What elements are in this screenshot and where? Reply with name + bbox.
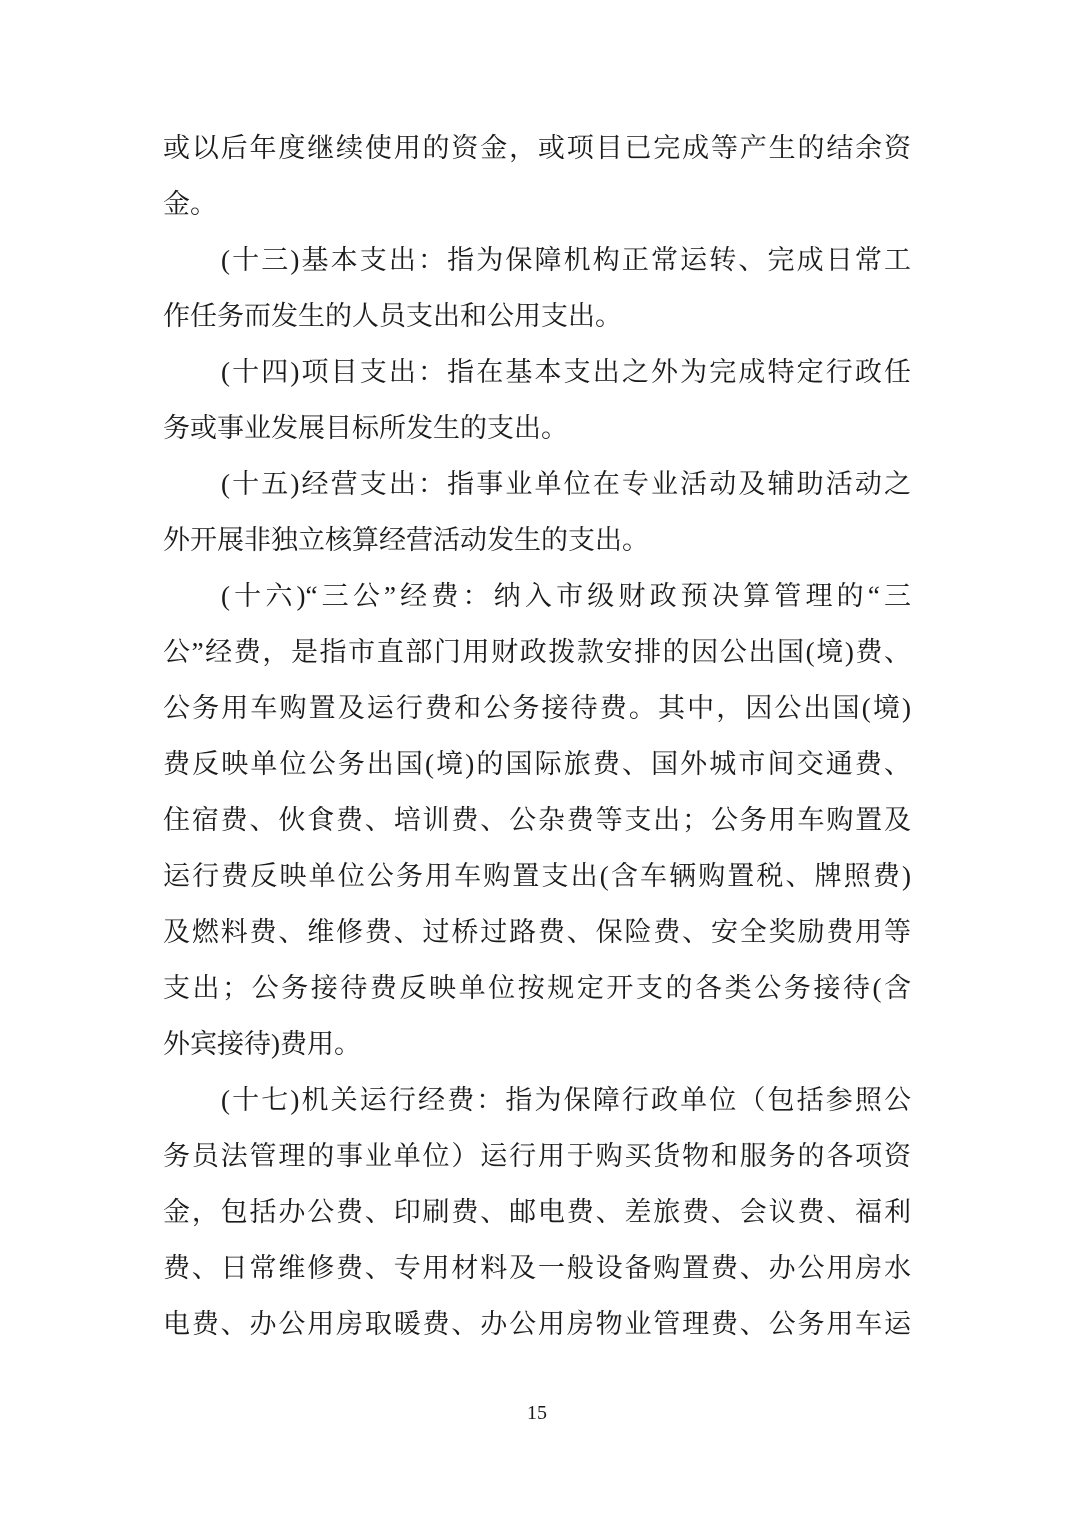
text-line: (十七)机关运行经费：指为保障行政单位（包括参照公 — [163, 1072, 911, 1128]
text-line: 或以后年度继续使用的资金，或项目已完成等产生的结余资 — [163, 120, 911, 176]
text-line: 务员法管理的事业单位）运行用于购买货物和服务的各项资 — [163, 1128, 911, 1184]
text-line: 外开展非独立核算经营活动发生的支出。 — [163, 512, 911, 568]
text-line: (十五)经营支出：指事业单位在专业活动及辅助活动之 — [163, 456, 911, 512]
text-line: 及燃料费、维修费、过桥过路费、保险费、安全奖励费用等 — [163, 904, 911, 960]
text-line: 运行费反映单位公务用车购置支出(含车辆购置税、牌照费) — [163, 848, 911, 904]
text-line: 外宾接待)费用。 — [163, 1016, 911, 1072]
text-block: 或以后年度继续使用的资金，或项目已完成等产生的结余资金。(十三)基本支出：指为保… — [163, 120, 911, 1352]
para-14-project-expenditure: (十四)项目支出：指在基本支出之外为完成特定行政任务或事业发展目标所发生的支出。 — [163, 344, 911, 456]
text-line: 支出；公务接待费反映单位按规定开支的各类公务接待(含 — [163, 960, 911, 1016]
text-line: 金，包括办公费、印刷费、邮电费、差旅费、会议费、福利 — [163, 1184, 911, 1240]
text-line: 作任务而发生的人员支出和公用支出。 — [163, 288, 911, 344]
para-carryover-surplus-funds: 或以后年度继续使用的资金，或项目已完成等产生的结余资金。 — [163, 120, 911, 232]
text-line: 费、日常维修费、专用材料及一般设备购置费、办公用房水 — [163, 1240, 911, 1296]
para-16-three-public-funds: (十六)“三公”经费：纳入市级财政预决算管理的“三公”经费，是指市直部门用财政拨… — [163, 568, 911, 1072]
text-line: 住宿费、伙食费、培训费、公杂费等支出；公务用车购置及 — [163, 792, 911, 848]
document-page: 或以后年度继续使用的资金，或项目已完成等产生的结余资金。(十三)基本支出：指为保… — [0, 0, 1074, 1520]
text-line: (十六)“三公”经费：纳入市级财政预决算管理的“三 — [163, 568, 911, 624]
para-15-operating-expenditure: (十五)经营支出：指事业单位在专业活动及辅助活动之外开展非独立核算经营活动发生的… — [163, 456, 911, 568]
para-17-agency-operating-funds: (十七)机关运行经费：指为保障行政单位（包括参照公务员法管理的事业单位）运行用于… — [163, 1072, 911, 1352]
text-line: 金。 — [163, 176, 911, 232]
text-line: 公”经费，是指市直部门用财政拨款安排的因公出国(境)费、 — [163, 624, 911, 680]
text-line: (十三)基本支出：指为保障机构正常运转、完成日常工 — [163, 232, 911, 288]
text-line: 电费、办公用房取暖费、办公用房物业管理费、公务用车运 — [163, 1296, 911, 1352]
page-number: 15 — [0, 1398, 1074, 1428]
text-line: 费反映单位公务出国(境)的国际旅费、国外城市间交通费、 — [163, 736, 911, 792]
text-line: 公务用车购置及运行费和公务接待费。其中，因公出国(境) — [163, 680, 911, 736]
text-line: (十四)项目支出：指在基本支出之外为完成特定行政任 — [163, 344, 911, 400]
text-line: 务或事业发展目标所发生的支出。 — [163, 400, 911, 456]
para-13-basic-expenditure: (十三)基本支出：指为保障机构正常运转、完成日常工作任务而发生的人员支出和公用支… — [163, 232, 911, 344]
